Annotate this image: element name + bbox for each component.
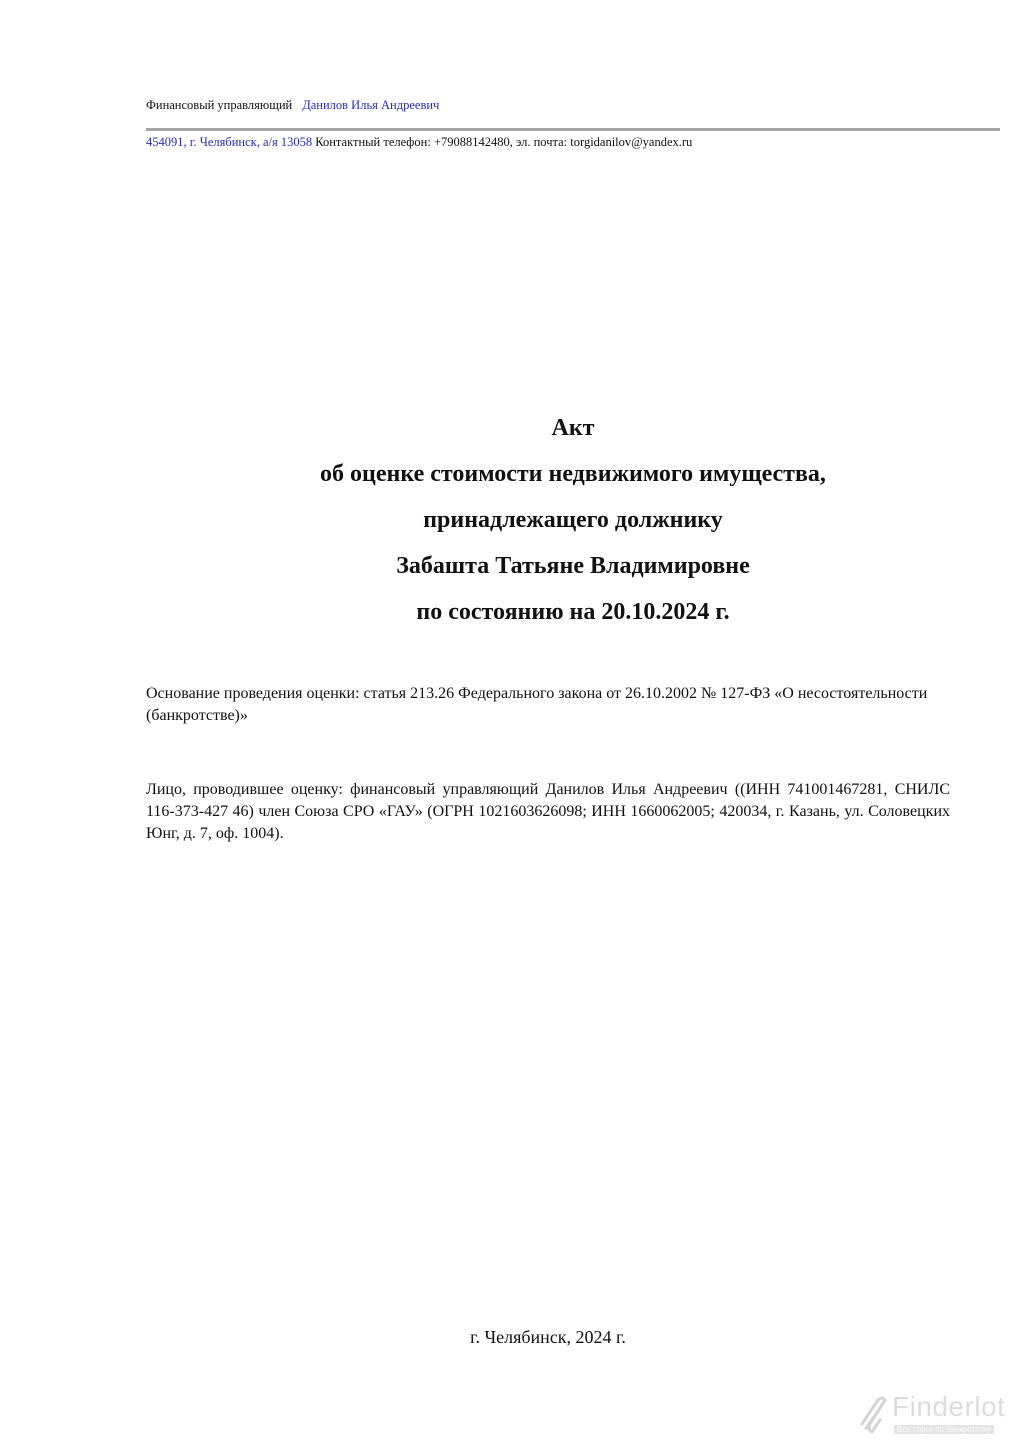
document-title: Акт об оценке стоимости недвижимого имущ… [146, 405, 1000, 635]
title-line-2: об оценке стоимости недвижимого имуществ… [146, 451, 1000, 497]
header-contacts: Контактный телефон: +79088142480, эл. по… [312, 135, 692, 149]
header-address: 454091, г. Челябинск, а/я 13058 [146, 135, 312, 149]
title-line-5: по состоянию на 20.10.2024 г. [146, 589, 1000, 635]
footer-place-year: г. Челябинск, 2024 г. [0, 1327, 1024, 1348]
appraiser-paragraph: Лицо, проводившее оценку: финансовый упр… [146, 779, 950, 845]
header-role-label: Финансовый управляющий [146, 98, 292, 112]
finderlot-logo-icon [858, 1394, 888, 1438]
watermark-tagline: Все торги по банкротству [894, 1425, 994, 1434]
title-line-4: Забашта Татьяне Владимировне [146, 543, 1000, 589]
header-manager-name: Данилов Илья Андреевич [302, 98, 439, 112]
watermark-brand: Finderlot [892, 1390, 1005, 1424]
valuation-basis-paragraph: Основание проведения оценки: статья 213.… [146, 683, 950, 727]
header-manager-line: Финансовый управляющийДанилов Илья Андре… [146, 98, 439, 113]
header-contacts-line: 454091, г. Челябинск, а/я 13058 Контактн… [146, 135, 692, 150]
finderlot-watermark: Finderlot Все торги по банкротству [858, 1390, 1024, 1446]
header-divider [146, 128, 1000, 131]
title-line-3: принадлежащего должнику [146, 497, 1000, 543]
title-line-1: Акт [146, 405, 1000, 451]
